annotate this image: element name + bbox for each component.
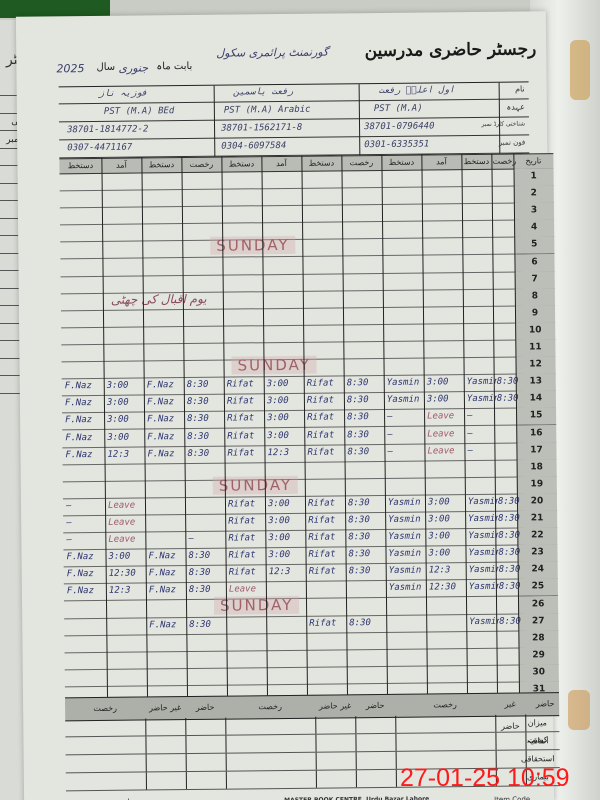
day-number: 8 <box>515 288 555 305</box>
signature-entry: Rifat <box>227 446 267 461</box>
signature-entry: F.Naz <box>66 550 108 565</box>
time-entry: 12:3 <box>267 445 307 460</box>
signature-entry: Yasmin <box>389 581 429 596</box>
summary-column-header: رخصت <box>65 697 145 720</box>
signature-entry: Yasmin <box>388 530 428 545</box>
summary-column-header: غیر حاضر <box>495 694 525 716</box>
time-entry: 3:00 <box>268 514 308 529</box>
time-entry: 8:30 <box>348 496 388 511</box>
signature-entry: — <box>66 533 108 548</box>
signature-entry: Yasmin <box>468 529 498 544</box>
signature-entry: F.Naz <box>65 447 107 462</box>
day-number: 1 <box>513 168 553 185</box>
signature-entry: Rifat <box>228 514 268 529</box>
signature-entry: Yasmin <box>468 495 498 510</box>
signature-entry: Rifat <box>227 429 267 444</box>
signature-entry: Rifat <box>228 548 268 563</box>
signature-entry: Yasmin <box>389 564 429 579</box>
signature-entry: Rifat <box>308 513 348 528</box>
signature-entry: — <box>66 516 108 531</box>
signature-entry: F.Naz <box>147 378 187 393</box>
time-entry: 3:00 <box>428 546 468 561</box>
signature-entry: — <box>467 409 497 424</box>
signature-entry: Rifat <box>227 412 267 427</box>
day-number: 15 <box>516 408 556 425</box>
leave-entry: Leave <box>108 515 188 531</box>
signature-entry: — <box>387 444 427 459</box>
register-title-row: رجسٹر حاضری مدرسین گورنمنٹ پرائمری سکول … <box>56 39 536 72</box>
time-entry: 3:00 <box>428 495 468 510</box>
signature-entry: — <box>467 443 497 458</box>
time-entry: 8:30 <box>498 512 524 527</box>
time-entry: 8:30 <box>187 429 227 444</box>
signature-entry: Yasmin <box>469 580 499 595</box>
day-number: 26 <box>518 596 558 613</box>
signature-entry: Rifat <box>309 616 349 631</box>
time-entry: 8:30 <box>187 395 227 410</box>
time-entry: 8:30 <box>347 427 387 442</box>
time-entry: 3:00 <box>267 428 307 443</box>
signature-entry: F.Naz <box>149 583 189 598</box>
time-entry: 8:30 <box>189 617 229 632</box>
signature-entry: Rifat <box>229 565 269 580</box>
year-label: سال <box>96 62 115 73</box>
teacher-2-cnic: 38701-1562171-8 <box>221 123 302 134</box>
month-label: بابت ماہ <box>156 61 192 72</box>
summary-column-header: حاضر <box>185 697 225 719</box>
time-entry: 3:00 <box>107 396 147 411</box>
column-header: رخصت <box>181 158 221 172</box>
signature-entry: Rifat <box>307 411 347 426</box>
time-entry: 12:30 <box>109 567 149 582</box>
time-entry: 3:00 <box>107 413 147 428</box>
signature-entry: Rifat <box>227 377 267 392</box>
attendance-register-page: رجسٹر حاضری مدرسین گورنمنٹ پرائمری سکول … <box>16 11 554 800</box>
signature-entry: Rifat <box>227 394 267 409</box>
time-entry: 8:30 <box>349 616 389 631</box>
summary-column-header: غیر حاضر <box>315 695 355 717</box>
signature-entry: Yasmin <box>469 614 499 629</box>
month-value: جنوری <box>118 61 148 74</box>
summary-column-header: رخصت <box>225 696 315 719</box>
signature-entry: F.Naz <box>147 395 187 410</box>
day-number: 17 <box>516 442 556 459</box>
summary-row-label: میزان کیفیت <box>517 714 557 728</box>
time-entry: 8:30 <box>347 393 387 408</box>
time-entry: 3:00 <box>268 548 308 563</box>
day-number: 11 <box>515 339 555 356</box>
signature-entry: F.Naz <box>65 379 107 394</box>
signature-entry: F.Naz <box>67 567 109 582</box>
day-number: 16 <box>516 425 556 442</box>
day-number: 2 <box>514 185 554 202</box>
signature-entry: Yasmin <box>468 512 498 527</box>
background-orange-object <box>570 40 590 100</box>
teacher-2-phone: 0304-6097584 <box>221 141 286 152</box>
signature-entry: Yasmin <box>469 563 499 578</box>
time-entry: 3:00 <box>107 379 147 394</box>
time-entry: 8:30 <box>499 614 525 629</box>
day-number: 28 <box>518 630 558 647</box>
column-header: دستخط <box>141 158 181 172</box>
signature-entry: F.Naz <box>148 549 188 564</box>
day-number: 5 <box>514 237 554 254</box>
time-entry: 3:00 <box>268 531 308 546</box>
leave-entry: Leave <box>108 532 188 548</box>
day-number: 12 <box>515 356 555 373</box>
row-label-name: نام <box>515 84 525 93</box>
time-entry: 8:30 <box>499 580 525 595</box>
day-number: 10 <box>515 322 555 339</box>
teacher-3-designation: PST (M.A) BEd <box>104 106 175 117</box>
time-entry: 3:00 <box>267 411 307 426</box>
time-entry: 8:30 <box>187 378 227 393</box>
time-entry: 8:30 <box>498 494 524 509</box>
day-number: 19 <box>517 476 557 493</box>
register-title: رجسٹر حاضری مدرسین <box>365 39 537 61</box>
signature-entry: — <box>387 410 427 425</box>
time-entry: 8:30 <box>498 546 524 561</box>
signature-entry: Yasmin <box>387 376 427 391</box>
row-label-designation: عہدہ <box>506 102 524 111</box>
time-entry: 12:30 <box>429 580 469 595</box>
signature-entry: Rifat <box>307 428 347 443</box>
signature-entry: Rifat <box>228 531 268 546</box>
time-entry: 3:00 <box>428 512 468 527</box>
column-header: دستخط <box>381 156 421 170</box>
column-header: رخصت <box>341 156 381 170</box>
time-entry: 8:30 <box>189 566 229 581</box>
time-entry: 8:30 <box>348 530 388 545</box>
signature-entry: Yasmin <box>388 495 428 510</box>
column-header: آمد <box>421 155 461 169</box>
signature-entry: F.Naz <box>65 430 107 445</box>
leave-entry: Leave <box>108 498 188 514</box>
row-label-cnic: شناختی کارڈ نمبر <box>481 120 525 127</box>
teachers-info-header: نام عہدہ شناختی کارڈ نمبر فون نمبر اول ا… <box>59 81 530 159</box>
time-entry: 3:00 <box>108 550 148 565</box>
teacher-2-designation: PST (M.A) Arabic <box>224 105 311 116</box>
time-entry: 3:00 <box>268 497 308 512</box>
signature-entry: F.Naz <box>149 566 189 581</box>
time-entry: 8:30 <box>497 392 523 407</box>
signature-entry: F.Naz <box>65 396 107 411</box>
time-entry: 3:00 <box>427 392 467 407</box>
column-header: دستخط <box>461 155 491 169</box>
signature-entry: F.Naz <box>147 430 187 445</box>
time-entry: 8:30 <box>498 529 524 544</box>
time-entry: 8:30 <box>187 412 227 427</box>
signature-entry: Rifat <box>307 394 347 409</box>
summary-row-label: استحقاقی <box>518 750 558 764</box>
teacher-2-name: رفعت یاسمین <box>234 87 294 98</box>
signature-entry: Rifat <box>308 548 348 563</box>
signature-entry: Rifat <box>308 496 348 511</box>
time-entry: 12:3 <box>429 563 469 578</box>
time-entry: 8:30 <box>347 410 387 425</box>
signature-entry: Rifat <box>307 445 347 460</box>
day-number: 6 <box>514 254 554 271</box>
column-header: دستخط <box>59 159 101 173</box>
year-value: 2025 <box>56 62 84 75</box>
time-entry: 3:00 <box>107 430 147 445</box>
teacher-3-name: فوزیہ ناز <box>99 88 148 99</box>
signature-entry: Rifat <box>307 377 347 392</box>
day-number: 29 <box>519 647 559 664</box>
summary-column-header: حاضر <box>355 695 395 717</box>
teacher-1-phone: 0301-6335351 <box>364 139 429 150</box>
day-number: 30 <box>519 664 559 681</box>
signature-entry: F.Naz <box>67 584 109 599</box>
day-number: 3 <box>514 202 554 219</box>
time-entry: 8:30 <box>187 446 227 461</box>
time-entry: 8:30 <box>497 375 523 390</box>
background-orange-object-bottom <box>568 690 590 730</box>
publisher-imprint: MASTER BOOK CENTRE, Urdu Bazar Lahore <box>284 796 429 800</box>
summary-row-label: اتفاقیہ <box>517 732 557 746</box>
signature-entry: Yasmin <box>388 547 428 562</box>
time-entry: 8:30 <box>347 445 387 460</box>
teacher-1-cnic: 38701-0796440 <box>364 121 435 132</box>
signature-entry: — <box>188 532 228 547</box>
time-entry: 3:00 <box>267 377 307 392</box>
time-entry: 12:3 <box>269 565 309 580</box>
signature-entry: Rifat <box>309 565 349 580</box>
summary-column-header: رخصت <box>395 694 495 717</box>
time-entry: 8:30 <box>349 564 389 579</box>
signature-entry: F.Naz <box>149 618 189 633</box>
signature-entry: Yasmin <box>467 392 497 407</box>
teacher-1-designation: PST (M.A) <box>374 104 423 115</box>
time-entry: 8:30 <box>188 549 228 564</box>
day-number: 18 <box>517 459 557 476</box>
summary-column-header: حاضر <box>525 693 565 715</box>
signature-entry: F.Naz <box>65 413 107 428</box>
signature-entry: Yasmin <box>387 393 427 408</box>
signature-entry: — <box>387 427 427 442</box>
signature-entry: Rifat <box>228 497 268 512</box>
time-entry: 8:30 <box>347 376 387 391</box>
school-name: گورنمنٹ پرائمری سکول <box>216 46 328 60</box>
signature-entry: F.Naz <box>147 447 187 462</box>
row-label-phone: فون نمبر <box>499 138 525 146</box>
time-entry: 8:30 <box>348 513 388 528</box>
column-header-date: تاریخ <box>513 154 553 168</box>
signature-entry: Yasmin <box>468 546 498 561</box>
column-header: آمد <box>261 157 301 171</box>
time-entry: 12:3 <box>107 447 147 462</box>
camera-timestamp: 27-01-25 10:59 <box>400 764 570 793</box>
time-entry: 3:00 <box>267 394 307 409</box>
time-entry: 3:00 <box>428 529 468 544</box>
holiday-note: یوم اقبال کی چھٹی <box>111 292 207 307</box>
teacher-1-name: اول اعلیٰ رفعت <box>379 85 455 96</box>
time-entry: 8:30 <box>348 547 388 562</box>
signature-entry: Yasmin <box>388 513 428 528</box>
column-header: دستخط <box>221 157 261 171</box>
teacher-3-cnic: 38701-1814772-2 <box>67 124 148 135</box>
summary-column-header: غیر حاضر <box>145 697 185 719</box>
signature-entry: Rifat <box>308 530 348 545</box>
time-entry: 8:30 <box>499 563 525 578</box>
signature-entry: Yasmin <box>467 375 497 390</box>
time-entry: 3:00 <box>427 375 467 390</box>
day-number: 4 <box>514 219 554 236</box>
signature-entry: — <box>467 426 497 441</box>
column-header: دستخط <box>301 156 341 170</box>
signature-entry: F.Naz <box>147 412 187 427</box>
day-number: 7 <box>515 271 555 288</box>
signature-entry: — <box>66 499 108 514</box>
teacher-3-phone: 0307-4471167 <box>67 143 132 154</box>
time-entry: 12:3 <box>109 584 149 599</box>
day-number: 9 <box>515 305 555 322</box>
item-code: Item Code <box>494 795 530 800</box>
column-header: آمد <box>101 158 141 172</box>
